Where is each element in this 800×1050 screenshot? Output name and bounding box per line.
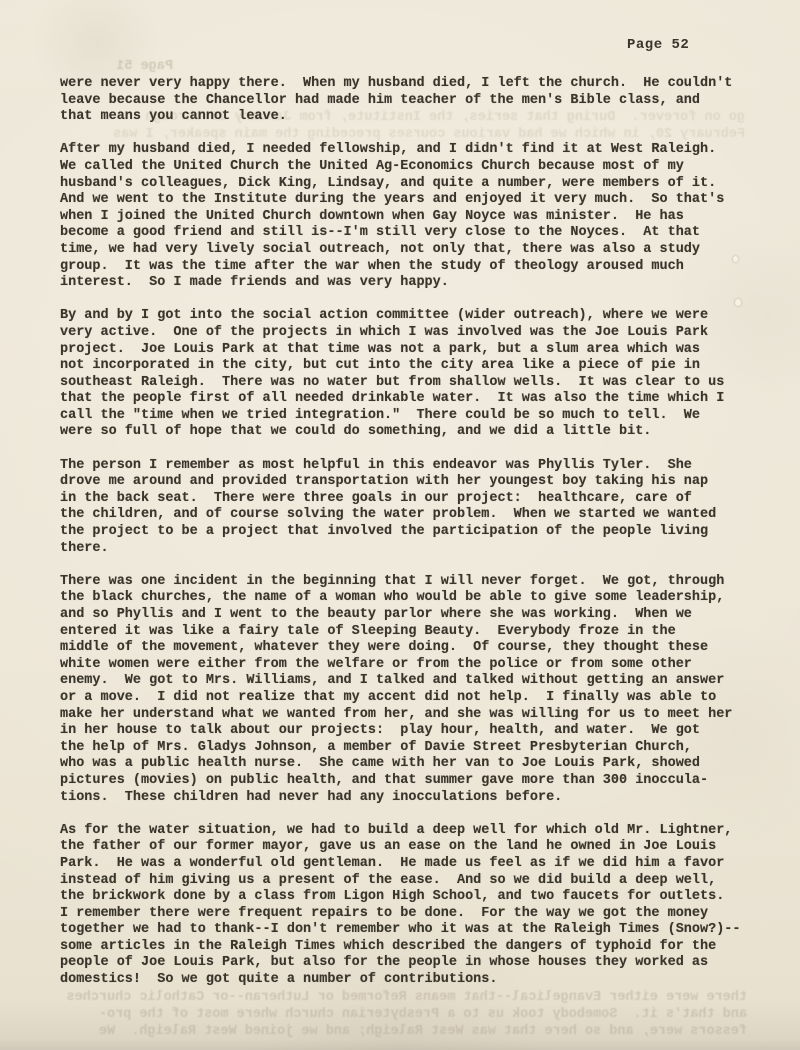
paragraph: After my husband died, I needed fellowsh… bbox=[60, 142, 750, 291]
paragraph: were never very happy there. When my hus… bbox=[60, 76, 750, 126]
paper-speck bbox=[735, 299, 741, 306]
body-text: were never very happy there. When my hus… bbox=[60, 76, 750, 1005]
page-number: Page 52 bbox=[627, 37, 689, 53]
scanned-document-page: { "page_label": "Page 52", "colors": { "… bbox=[0, 0, 800, 1050]
paper-speck bbox=[733, 256, 738, 262]
paragraph: The person I remember as most helpful in… bbox=[60, 458, 750, 558]
paragraph: By and by I got into the social action c… bbox=[60, 308, 750, 441]
paragraph: There was one incident in the beginning … bbox=[60, 574, 750, 806]
paragraph: As for the water situation, we had to bu… bbox=[60, 823, 750, 989]
